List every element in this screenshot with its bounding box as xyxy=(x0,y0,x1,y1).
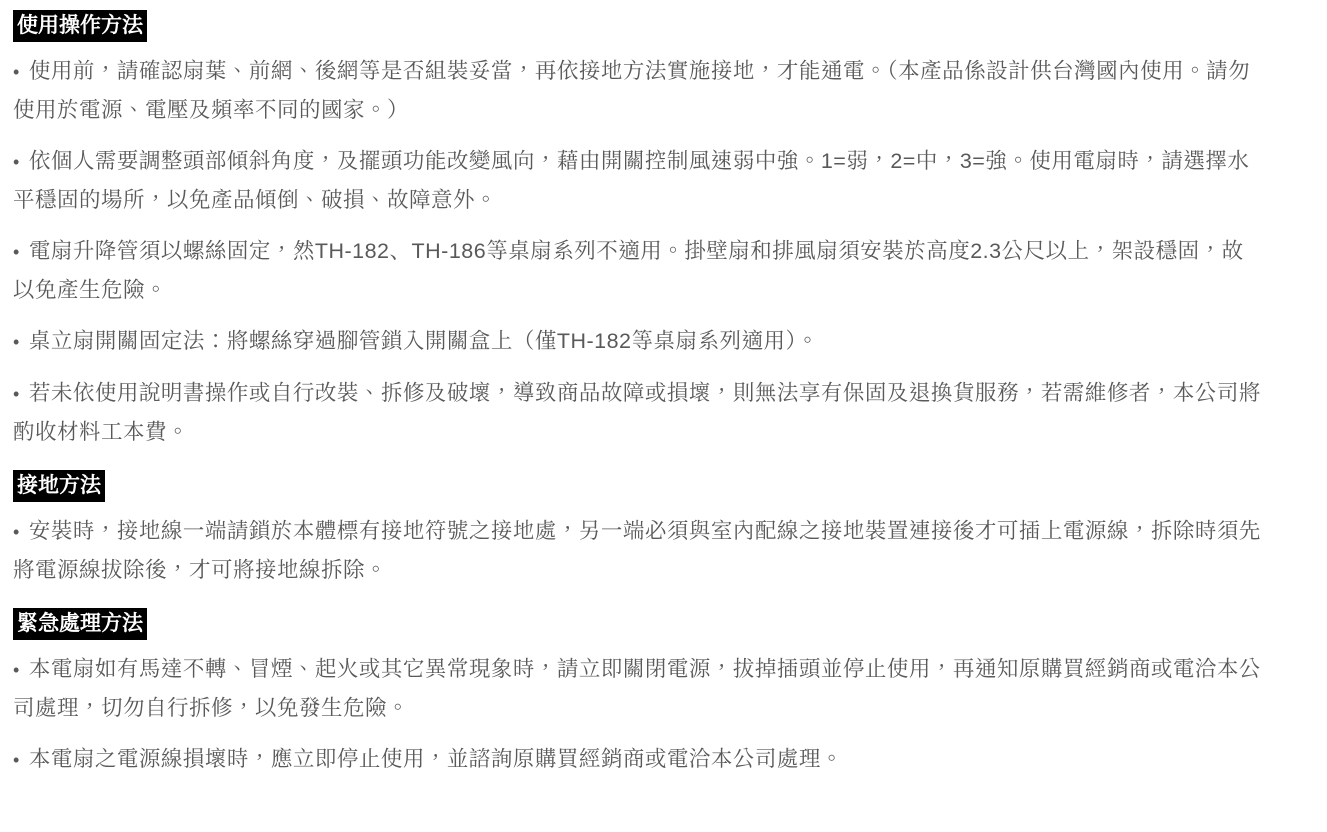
bullet-text: 依個人需要調整頭部傾斜角度，及擺頭功能改變風向，藉由開關控制風速弱中強。1=弱，… xyxy=(13,149,1249,212)
bullet-item: •桌立扇開關固定法：將螺絲穿過腳管鎖入開關盒上（僅TH-182等桌扇系列適用）。 xyxy=(13,322,1265,361)
bullet-item: •本電扇如有馬達不轉、冒煙、起火或其它異常現象時，請立即關閉電源，拔掉插頭並停止… xyxy=(13,650,1265,727)
bullet-text: 若未依使用說明書操作或自行改裝、拆修及破壞，導致商品故障或損壞，則無法享有保固及… xyxy=(13,381,1261,444)
bullet-item: •本電扇之電源線損壞時，應立即停止使用，並諮詢原購買經銷商或電洽本公司處理。 xyxy=(13,740,1265,779)
section-heading-usage: 使用操作方法 xyxy=(13,10,147,42)
bullet-item: •依個人需要調整頭部傾斜角度，及擺頭功能改變風向，藉由開關控制風速弱中強。1=弱… xyxy=(13,142,1265,219)
bullet-marker: • xyxy=(13,152,20,172)
bullet-marker: • xyxy=(13,660,20,680)
bullet-marker: • xyxy=(13,384,20,404)
bullet-item: •使用前，請確認扇葉、前網、後網等是否組裝妥當，再依接地方法實施接地，才能通電。… xyxy=(13,52,1265,129)
bullet-marker: • xyxy=(13,62,20,82)
bullet-text: 桌立扇開關固定法：將螺絲穿過腳管鎖入開關盒上（僅TH-182等桌扇系列適用）。 xyxy=(29,329,819,353)
bullet-text: 使用前，請確認扇葉、前網、後網等是否組裝妥當，再依接地方法實施接地，才能通電。（… xyxy=(13,59,1250,122)
section-heading-grounding: 接地方法 xyxy=(13,470,105,502)
section-grounding: 接地方法 •安裝時，接地線一端請鎖於本體標有接地符號之接地處，另一端必須與室內配… xyxy=(13,464,1265,589)
bullet-text: 本電扇之電源線損壞時，應立即停止使用，並諮詢原購買經銷商或電洽本公司處理。 xyxy=(29,747,843,771)
section-usage: 使用操作方法 •使用前，請確認扇葉、前網、後網等是否組裝妥當，再依接地方法實施接… xyxy=(13,10,1265,451)
bullet-item: •安裝時，接地線一端請鎖於本體標有接地符號之接地處，另一端必須與室內配線之接地裝… xyxy=(13,512,1265,589)
section-heading-emergency: 緊急處理方法 xyxy=(13,608,147,640)
instruction-document: 使用操作方法 •使用前，請確認扇葉、前網、後網等是否組裝妥當，再依接地方法實施接… xyxy=(0,0,1327,832)
bullet-marker: • xyxy=(13,332,20,352)
bullet-text: 本電扇如有馬達不轉、冒煙、起火或其它異常現象時，請立即關閉電源，拔掉插頭並停止使… xyxy=(13,657,1261,720)
bullet-marker: • xyxy=(13,750,20,770)
bullet-item: •電扇升降管須以螺絲固定，然TH-182、TH-186等桌扇系列不適用。掛壁扇和… xyxy=(13,232,1265,309)
bullet-text: 安裝時，接地線一端請鎖於本體標有接地符號之接地處，另一端必須與室內配線之接地裝置… xyxy=(13,519,1261,582)
bullet-marker: • xyxy=(13,242,20,262)
bullet-item: •若未依使用說明書操作或自行改裝、拆修及破壞，導致商品故障或損壞，則無法享有保固… xyxy=(13,374,1265,451)
bullet-marker: • xyxy=(13,522,20,542)
section-emergency: 緊急處理方法 •本電扇如有馬達不轉、冒煙、起火或其它異常現象時，請立即關閉電源，… xyxy=(13,602,1265,779)
bullet-text: 電扇升降管須以螺絲固定，然TH-182、TH-186等桌扇系列不適用。掛壁扇和排… xyxy=(13,239,1244,302)
